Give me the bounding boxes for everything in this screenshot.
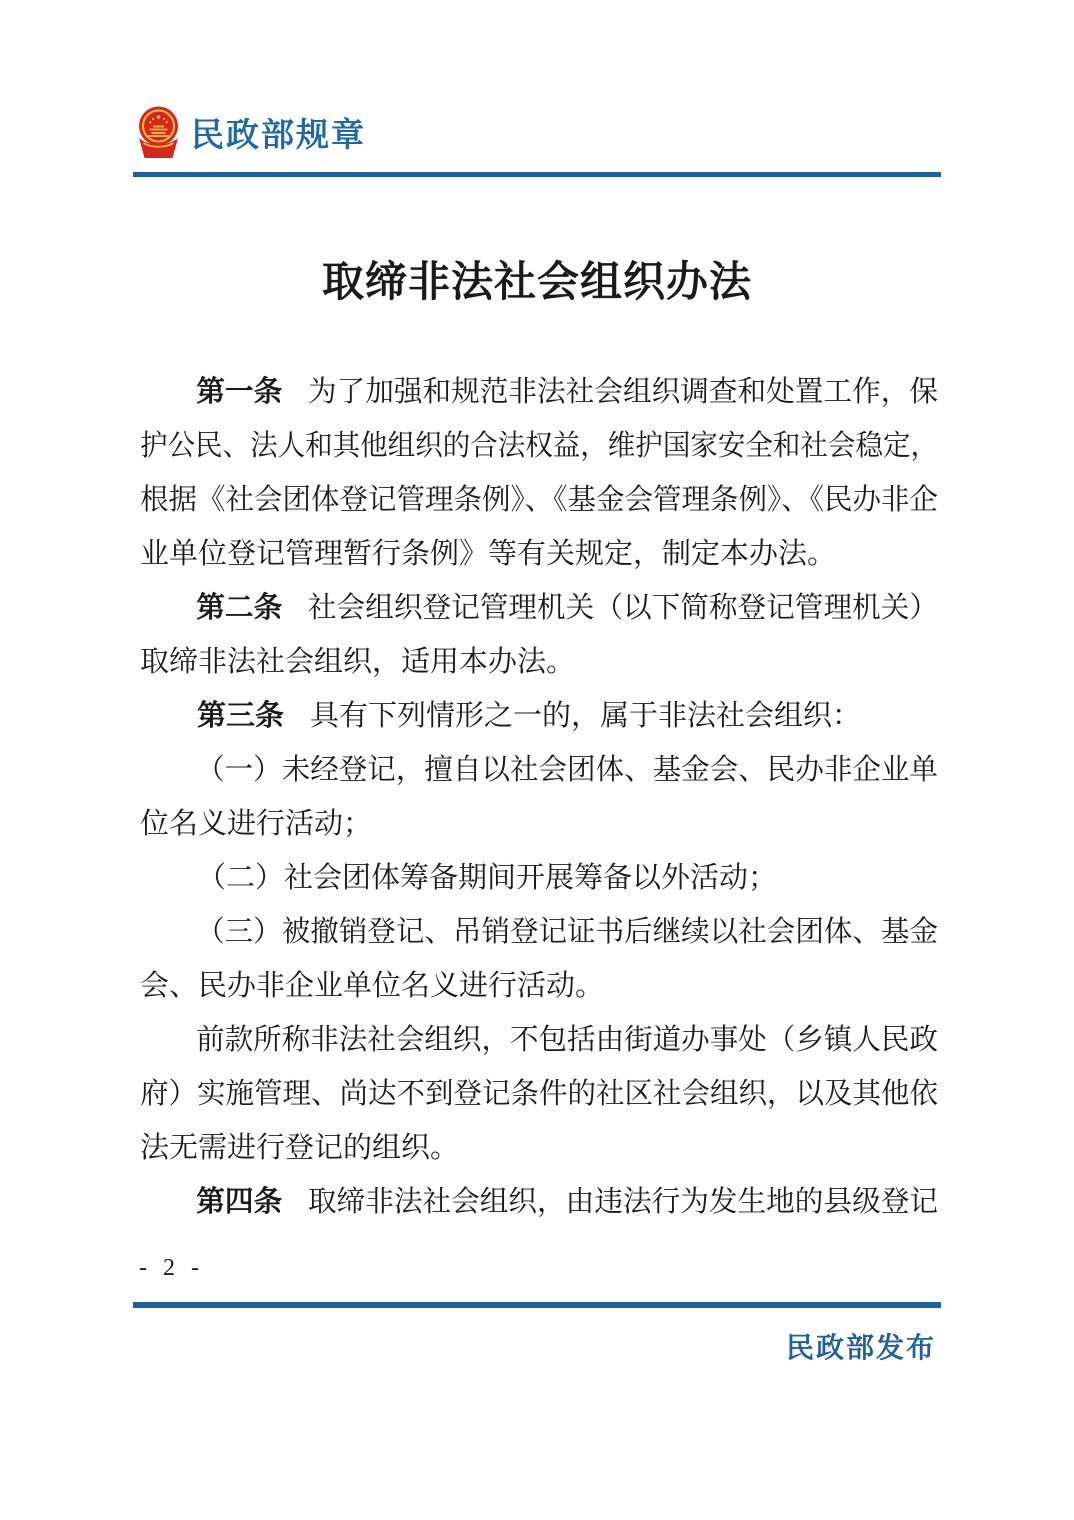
article-number: 第二条	[196, 592, 282, 624]
header-label: 民政部规章	[191, 109, 366, 156]
document-body: 第一条为了加强和规范非法社会组织调查和处置工作，保护公民、法人和其他组织的合法权…	[140, 365, 938, 1229]
paragraph-line: （二）社会团体筹备期间开展筹备以外活动；	[140, 851, 938, 905]
paragraph-line: 第三条具有下列情形之一的，属于非法社会组织：	[140, 689, 938, 743]
article-number: 第四条	[196, 1186, 282, 1218]
document-page: 民政部规章 取缔非法社会组织办法 第一条为了加强和规范非法社会组织调查和处置工作…	[0, 0, 1074, 1520]
paragraph-line: （一）未经登记，擅自以社会团体、基金会、民办非企业单	[140, 743, 925, 797]
header-rule	[133, 172, 941, 177]
paragraph-line: 府）实施管理、尚达不到登记条件的社区社会组织，以及其他依	[140, 1067, 924, 1121]
article-number: 第一条	[196, 376, 282, 408]
paragraph-line: 第一条为了加强和规范非法社会组织调查和处置工作，保	[140, 365, 928, 419]
paragraph-line: （三）被撤销登记、吊销登记证书后继续以社会团体、基金	[140, 905, 925, 959]
paragraph-line: 第四条取缔非法社会组织，由违法行为发生地的县级登记	[140, 1175, 928, 1229]
paragraph-line: 前款所称非法社会组织，不包括由街道办事处（乡镇人民政	[140, 1013, 925, 1067]
article-number: 第三条	[197, 700, 284, 732]
document-title: 取缔非法社会组织办法	[133, 247, 941, 319]
paragraph-line: 位名义进行活动；	[140, 797, 938, 851]
paragraph-line: 根据《社会团体登记管理条例》、《基金会管理条例》、《民办非企	[140, 473, 924, 527]
paragraph-line: 护公民、法人和其他组织的合法权益，维护国家安全和社会稳定，	[140, 419, 897, 473]
header: 民政部规章	[135, 106, 366, 158]
footer-rule	[133, 1302, 941, 1308]
paragraph-line: 法无需进行登记的组织。	[140, 1121, 938, 1175]
paragraph-line: 第二条社会组织登记管理机关（以下简称登记管理机关）	[140, 581, 928, 635]
publisher-label: 民政部发布	[786, 1326, 936, 1366]
paragraph-line: 业单位登记管理暂行条例》等有关规定，制定本办法。	[140, 527, 938, 581]
paragraph-line: 会、民办非企业单位名义进行活动。	[140, 959, 938, 1013]
national-emblem-icon	[135, 106, 182, 158]
page-number: - 2 -	[139, 1255, 204, 1282]
paragraph-line: 取缔非法社会组织，适用本办法。	[140, 635, 938, 689]
